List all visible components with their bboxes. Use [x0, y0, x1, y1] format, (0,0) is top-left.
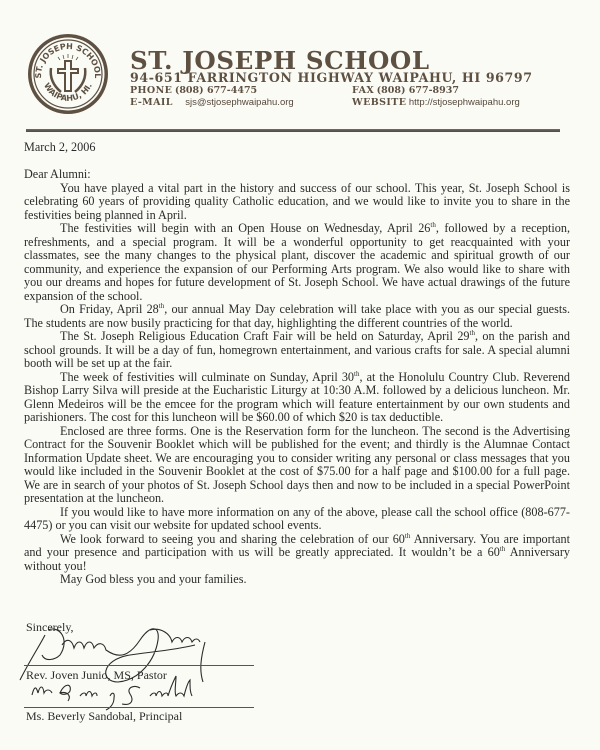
letter-paragraph: Enclosed are three forms. One is the Res…: [24, 425, 570, 506]
ordinal-suffix: th: [159, 302, 164, 310]
school-address: 94-651 FARRINGTON HIGHWAY WAIPAHU, HI 96…: [130, 70, 533, 85]
salutation: Dear Alumni:: [24, 168, 570, 182]
phone-label: PHONE: [130, 85, 172, 96]
letter-paragraph: You have played a vital part in the hist…: [24, 182, 570, 223]
ordinal-suffix: th: [470, 329, 475, 337]
website-label: WEBSITE: [352, 97, 406, 108]
letter-paragraph: The week of festivities will culminate o…: [24, 371, 570, 425]
contact-row-phone-fax: PHONE (808) 677-4475 FAX (808) 677-8937: [130, 85, 257, 96]
fax-number: (808) 677-8937: [377, 85, 459, 96]
ordinal-suffix: th: [405, 532, 410, 540]
phone-number: (808) 677-4475: [175, 85, 257, 96]
signer-principal: Ms. Beverly Sandobal, Principal: [26, 709, 182, 724]
letter-paragraph: If you would like to have more informati…: [24, 506, 570, 533]
letter-paragraphs: You have played a vital part in the hist…: [24, 182, 570, 574]
letter-paragraph: The festivities will begin with an Open …: [24, 222, 570, 303]
letterhead-divider: [26, 129, 560, 132]
ordinal-suffix: th: [354, 370, 359, 378]
letterhead: ST. JOSEPH SCHOOL WAIPAHU, HI. ST. JOSEP…: [0, 0, 600, 130]
signer-pastor: Rev. Joven Junio, MS, Pastor: [26, 668, 167, 683]
letter-paragraph: The St. Joseph Religious Education Craft…: [24, 330, 570, 371]
website-url[interactable]: http://stjosephwaipahu.org: [409, 97, 520, 108]
sign-off: Sincerely,: [26, 620, 74, 635]
handwritten-signatures-icon: [0, 600, 300, 720]
letter-body: March 2, 2006 Dear Alumni: You have play…: [24, 141, 570, 587]
email-label: E-MAIL: [130, 97, 173, 108]
signature-line-principal: [24, 707, 254, 708]
letter-paragraph: We look forward to seeing you and sharin…: [24, 533, 570, 574]
signature-line-pastor: [24, 665, 254, 666]
ordinal-suffix: th: [430, 221, 435, 229]
contact-row-email-website: E-MAIL sjs@stjosephwaipahu.org WEBSITE h…: [130, 97, 294, 108]
school-seal-logo: ST. JOSEPH SCHOOL WAIPAHU, HI.: [27, 32, 109, 116]
fax-label: FAX: [352, 85, 374, 96]
letter-date: March 2, 2006: [24, 141, 570, 155]
email-address[interactable]: sjs@stjosephwaipahu.org: [185, 97, 293, 108]
signature-block: Sincerely, Rev. Joven Junio, MS, Pastor …: [0, 600, 600, 750]
letter-paragraph: On Friday, April 28th, our annual May Da…: [24, 303, 570, 330]
closing-line: May God bless you and your families.: [24, 573, 570, 587]
ordinal-suffix: th: [500, 545, 505, 553]
seal-icon: ST. JOSEPH SCHOOL WAIPAHU, HI.: [27, 32, 109, 116]
